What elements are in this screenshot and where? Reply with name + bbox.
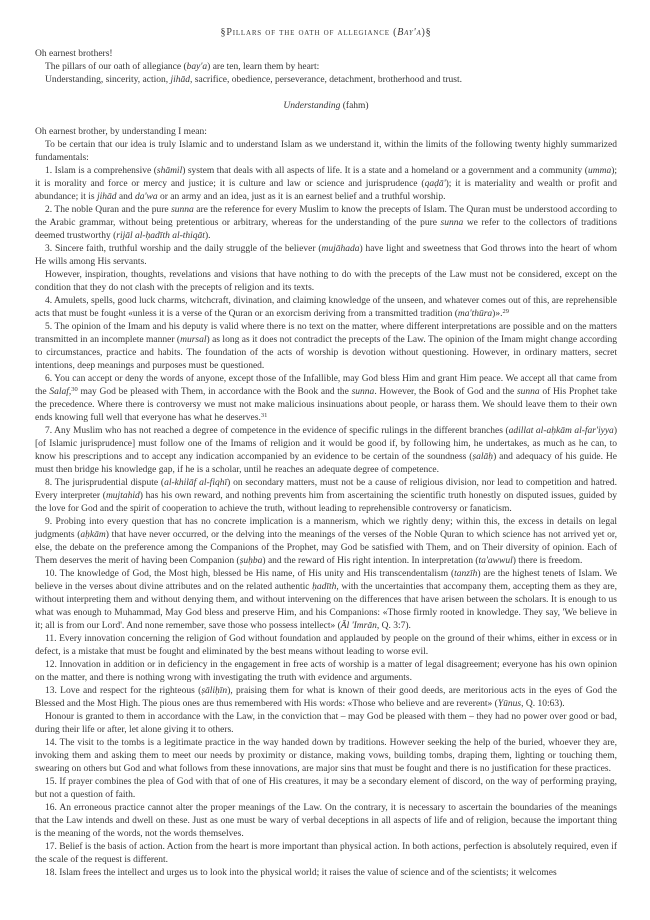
paragraph: Oh earnest brother, by understanding I m… (35, 126, 617, 139)
paragraph: Understanding, sincerity, action, jihād,… (35, 74, 617, 87)
chapter-title: §Pillars of the oath of allegiance (Bay'… (35, 26, 617, 39)
paragraph: Honour is granted to them in accordance … (35, 711, 617, 737)
paragraph: 15. If prayer combines the plea of God w… (35, 776, 617, 802)
paragraph: 9. Probing into every question that has … (35, 516, 617, 568)
paragraph: 5. The opinion of the Imam and his deput… (35, 321, 617, 373)
paragraph: 3. Sincere faith, truthful worship and t… (35, 243, 617, 269)
paragraph: 18. Islam frees the intellect and urges … (35, 867, 617, 880)
paragraph: 17. Belief is the basis of action. Actio… (35, 841, 617, 867)
paragraph: 11. Every innovation concerning the reli… (35, 633, 617, 659)
paragraph: 7. Any Muslim who has not reached a degr… (35, 425, 617, 477)
paragraph: 12. Innovation in addition or in deficie… (35, 659, 617, 685)
paragraph: 4. Amulets, spells, good luck charms, wi… (35, 295, 617, 321)
document-body: Oh earnest brothers!The pillars of our o… (35, 48, 617, 880)
paragraph: 14. The visit to the tombs is a legitima… (35, 737, 617, 776)
document-page: §Pillars of the oath of allegiance (Bay'… (0, 0, 650, 920)
paragraph: 13. Love and respect for the righteous (… (35, 685, 617, 711)
paragraph: 10. The knowledge of God, the Most high,… (35, 568, 617, 633)
paragraph: 6. You can accept or deny the words of a… (35, 373, 617, 425)
paragraph: The pillars of our oath of allegiance (b… (35, 61, 617, 74)
paragraph: Oh earnest brothers! (35, 48, 617, 61)
paragraph: To be certain that our idea is truly Isl… (35, 139, 617, 165)
paragraph: However, inspiration, thoughts, revelati… (35, 269, 617, 295)
section-heading: Understanding (fahm) (35, 100, 617, 113)
paragraph: 8. The jurisprudential dispute (al-khilā… (35, 477, 617, 516)
paragraph: 1. Islam is a comprehensive (shāmil) sys… (35, 165, 617, 204)
paragraph: 16. An erroneous practice cannot alter t… (35, 802, 617, 841)
paragraph: 2. The noble Quran and the pure sunna ar… (35, 204, 617, 243)
